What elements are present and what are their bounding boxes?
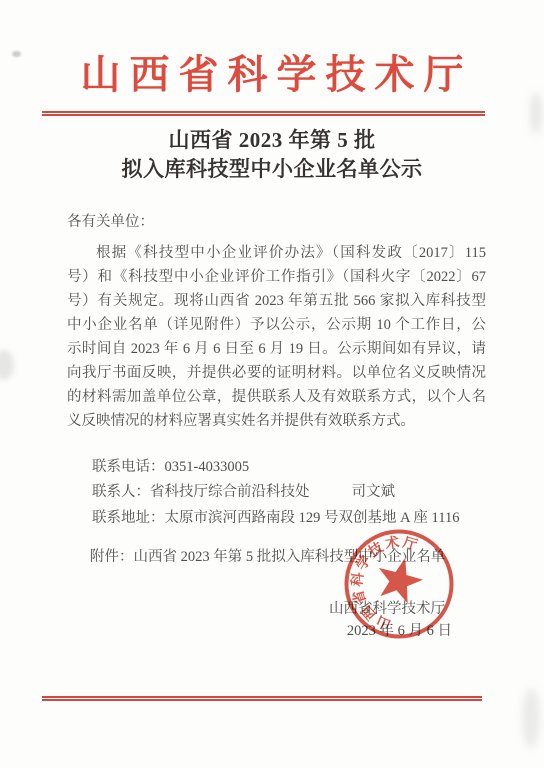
paragraph-line: 向我厅书面反映，并提供必要的证明材料。以单位名义反映情况 bbox=[67, 361, 486, 385]
paragraph-line: 的材料需加盖单位公章，提供联系人及有效联系方式，以个人名 bbox=[67, 385, 486, 409]
seal-star bbox=[372, 552, 427, 606]
doc-title: 山西省 2023 年第 5 批 拟入库科技型中小企业名单公示 bbox=[0, 126, 544, 184]
contact-person-line: 联系人：省科技厅综合前沿科技处司文斌 bbox=[92, 480, 492, 505]
salutation: 各有关单位： bbox=[67, 212, 154, 232]
document-page: 山西省科学技术厅 山西省 2023 年第 5 批 拟入库科技型中小企业名单公示 … bbox=[0, 0, 544, 768]
paragraph-line: 根据《科技型中小企业评价办法》（国科发政〔2017〕115 bbox=[67, 241, 486, 265]
doc-title-line2: 拟入库科技型中小企业名单公示 bbox=[0, 155, 544, 184]
contact-person-dept: 联系人：省科技厅综合前沿科技处 bbox=[92, 484, 310, 500]
paragraph-line: 中小企业名单（详见附件）予以公示，公示期 10 个工作日，公 bbox=[67, 313, 486, 337]
letterhead-title: 山西省科学技术厅 bbox=[0, 50, 544, 100]
paragraph-line: 示时间自 2023 年 6 月 6 日至 6 月 19 日。公示期间如有异议，请 bbox=[67, 337, 486, 361]
footer-rule bbox=[42, 696, 482, 701]
body-paragraph: 根据《科技型中小企业评价办法》（国科发政〔2017〕115 号）和《科技型中小企… bbox=[67, 241, 486, 433]
doc-title-line1: 山西省 2023 年第 5 批 bbox=[0, 126, 544, 155]
paragraph-line: 义反映情况的材料应署真实姓名并提供有效联系方式。 bbox=[67, 409, 486, 433]
contact-phone: 联系电话：0351-4033005 bbox=[92, 455, 492, 480]
letterhead-rule bbox=[42, 111, 485, 116]
contact-person-name: 司文斌 bbox=[352, 484, 396, 500]
scan-artifact bbox=[522, 688, 540, 748]
official-seal: 山西省科学技术厅 bbox=[330, 514, 468, 654]
paragraph-line: 号）有关规定。现将山西省 2023 年第五批 566 家拟入库科技型 bbox=[67, 289, 486, 313]
paragraph-line: 号）和《科技型中小企业评价工作指引》（国科火字〔2022〕67 bbox=[67, 265, 486, 289]
scan-artifact bbox=[0, 350, 14, 380]
